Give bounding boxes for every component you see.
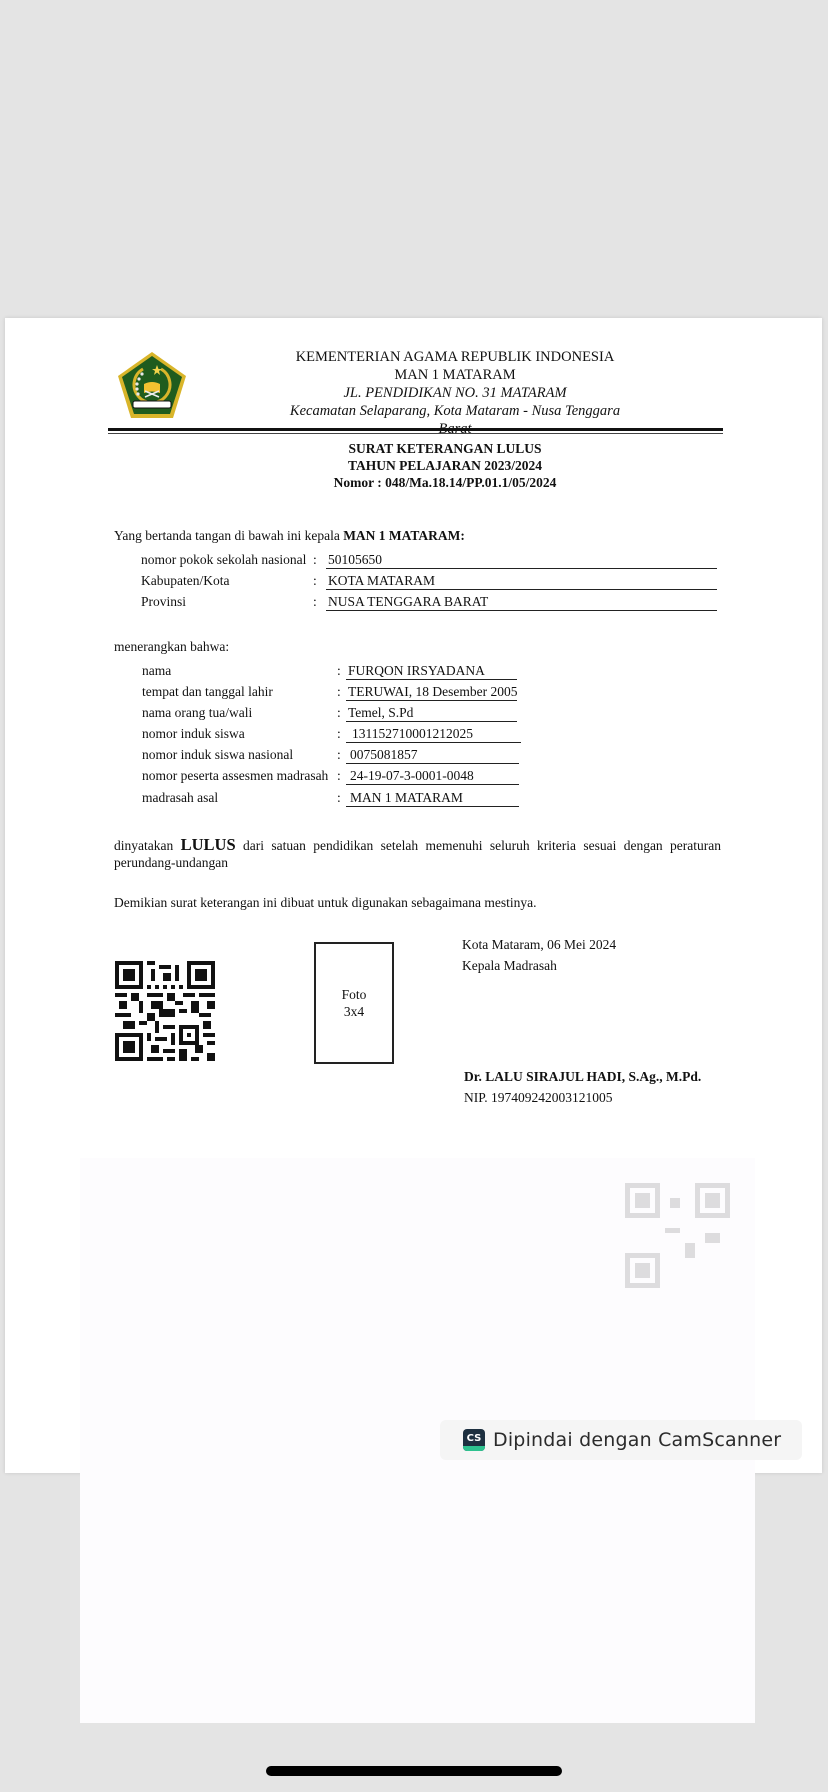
- declaration-paragraph: dinyatakan LULUS dari satuan pendidikan …: [114, 836, 721, 871]
- letterhead-rule-thin: [108, 433, 723, 434]
- school-address: JL. PENDIDIKAN NO. 31 MATARAM: [275, 384, 635, 402]
- signatory-name: Dr. LALU SIRAJUL HADI, S.Ag., M.Pd.: [464, 1069, 701, 1085]
- home-indicator[interactable]: [266, 1766, 562, 1776]
- field-colon: :: [337, 726, 341, 742]
- field-value-npsn: 50105650: [326, 552, 717, 569]
- qr-code-icon: [115, 958, 215, 1064]
- field-value-kabupaten: KOTA MATARAM: [326, 573, 717, 590]
- field-value-nisn: 0075081857: [346, 747, 519, 764]
- signature-place-date: Kota Mataram, 06 Mei 2024: [462, 937, 616, 953]
- ministry-name: KEMENTERIAN AGAMA REPUBLIK INDONESIA: [275, 348, 635, 366]
- letter-number: Nomor : 048/Ma.18.14/PP.01.1/05/2024: [265, 474, 625, 491]
- photo-placeholder-box: Foto 3x4: [314, 942, 394, 1064]
- explains-line: menerangkan bahwa:: [114, 639, 229, 655]
- field-colon: :: [337, 747, 341, 763]
- field-label-npsn: nomor pokok sekolah nasional: [141, 552, 306, 568]
- declaration-prefix: dinyatakan: [114, 838, 173, 853]
- field-label-provinsi: Provinsi: [141, 594, 186, 610]
- academic-year: TAHUN PELAJARAN 2023/2024: [265, 457, 625, 474]
- field-colon: :: [337, 684, 341, 700]
- field-label-nama: nama: [142, 663, 171, 679]
- field-value-ttl: TERUWAI, 18 Desember 2005: [346, 684, 517, 701]
- field-colon: :: [337, 663, 341, 679]
- field-value-nama: FURQON IRSYADANA: [346, 663, 517, 680]
- field-label-orang-tua: nama orang tua/wali: [142, 705, 252, 721]
- kemenag-logo-icon: [117, 351, 187, 419]
- field-colon: :: [337, 790, 341, 806]
- camscanner-watermark: CS Dipindai dengan CamScanner: [440, 1420, 802, 1460]
- document-title: SURAT KETERANGAN LULUS: [265, 440, 625, 457]
- field-label-madrasah-asal: madrasah asal: [142, 790, 218, 806]
- declaration-status: LULUS: [181, 835, 236, 854]
- field-colon: :: [337, 705, 341, 721]
- intro-line: Yang bertanda tangan di bawah ini kepala…: [114, 528, 465, 544]
- field-colon: :: [313, 573, 317, 589]
- intro-school: MAN 1 MATARAM:: [343, 528, 465, 543]
- letterhead-rule: [108, 428, 723, 431]
- camscanner-logo-icon: CS: [463, 1429, 485, 1451]
- photo-size: 3x4: [344, 1003, 364, 1020]
- signatory-nip: NIP. 197409242003121005: [464, 1090, 613, 1106]
- photo-label: Foto: [342, 986, 367, 1003]
- field-colon: :: [313, 594, 317, 610]
- field-label-nisn: nomor induk siswa nasional: [142, 747, 293, 763]
- field-value-orang-tua: Temel, S.Pd: [346, 705, 517, 722]
- field-value-madrasah-asal: MAN 1 MATARAM: [346, 790, 519, 807]
- school-name: MAN 1 MATARAM: [275, 366, 635, 384]
- ghost-qr-icon: [625, 1178, 730, 1293]
- field-colon: :: [337, 768, 341, 784]
- field-colon: :: [313, 552, 317, 568]
- camscanner-label: Dipindai dengan CamScanner: [493, 1429, 781, 1451]
- field-label-kabupaten: Kabupaten/Kota: [141, 573, 229, 589]
- signature-position: Kepala Madrasah: [462, 958, 557, 974]
- field-value-nis: 131152710001212025: [346, 726, 521, 743]
- field-label-peserta-asesmen: nomor peserta assesmen madrasah: [142, 768, 328, 784]
- field-label-nis: nomor induk siswa: [142, 726, 245, 742]
- intro-text: Yang bertanda tangan di bawah ini kepala: [114, 528, 340, 543]
- field-value-peserta-asesmen: 24-19-07-3-0001-0048: [346, 768, 519, 785]
- scanned-document-page: KEMENTERIAN AGAMA REPUBLIK INDONESIA MAN…: [5, 318, 822, 1473]
- field-value-provinsi: NUSA TENGGARA BARAT: [326, 594, 717, 611]
- field-label-ttl: tempat dan tanggal lahir: [142, 684, 273, 700]
- closing-paragraph: Demikian surat keterangan ini dibuat unt…: [114, 894, 721, 911]
